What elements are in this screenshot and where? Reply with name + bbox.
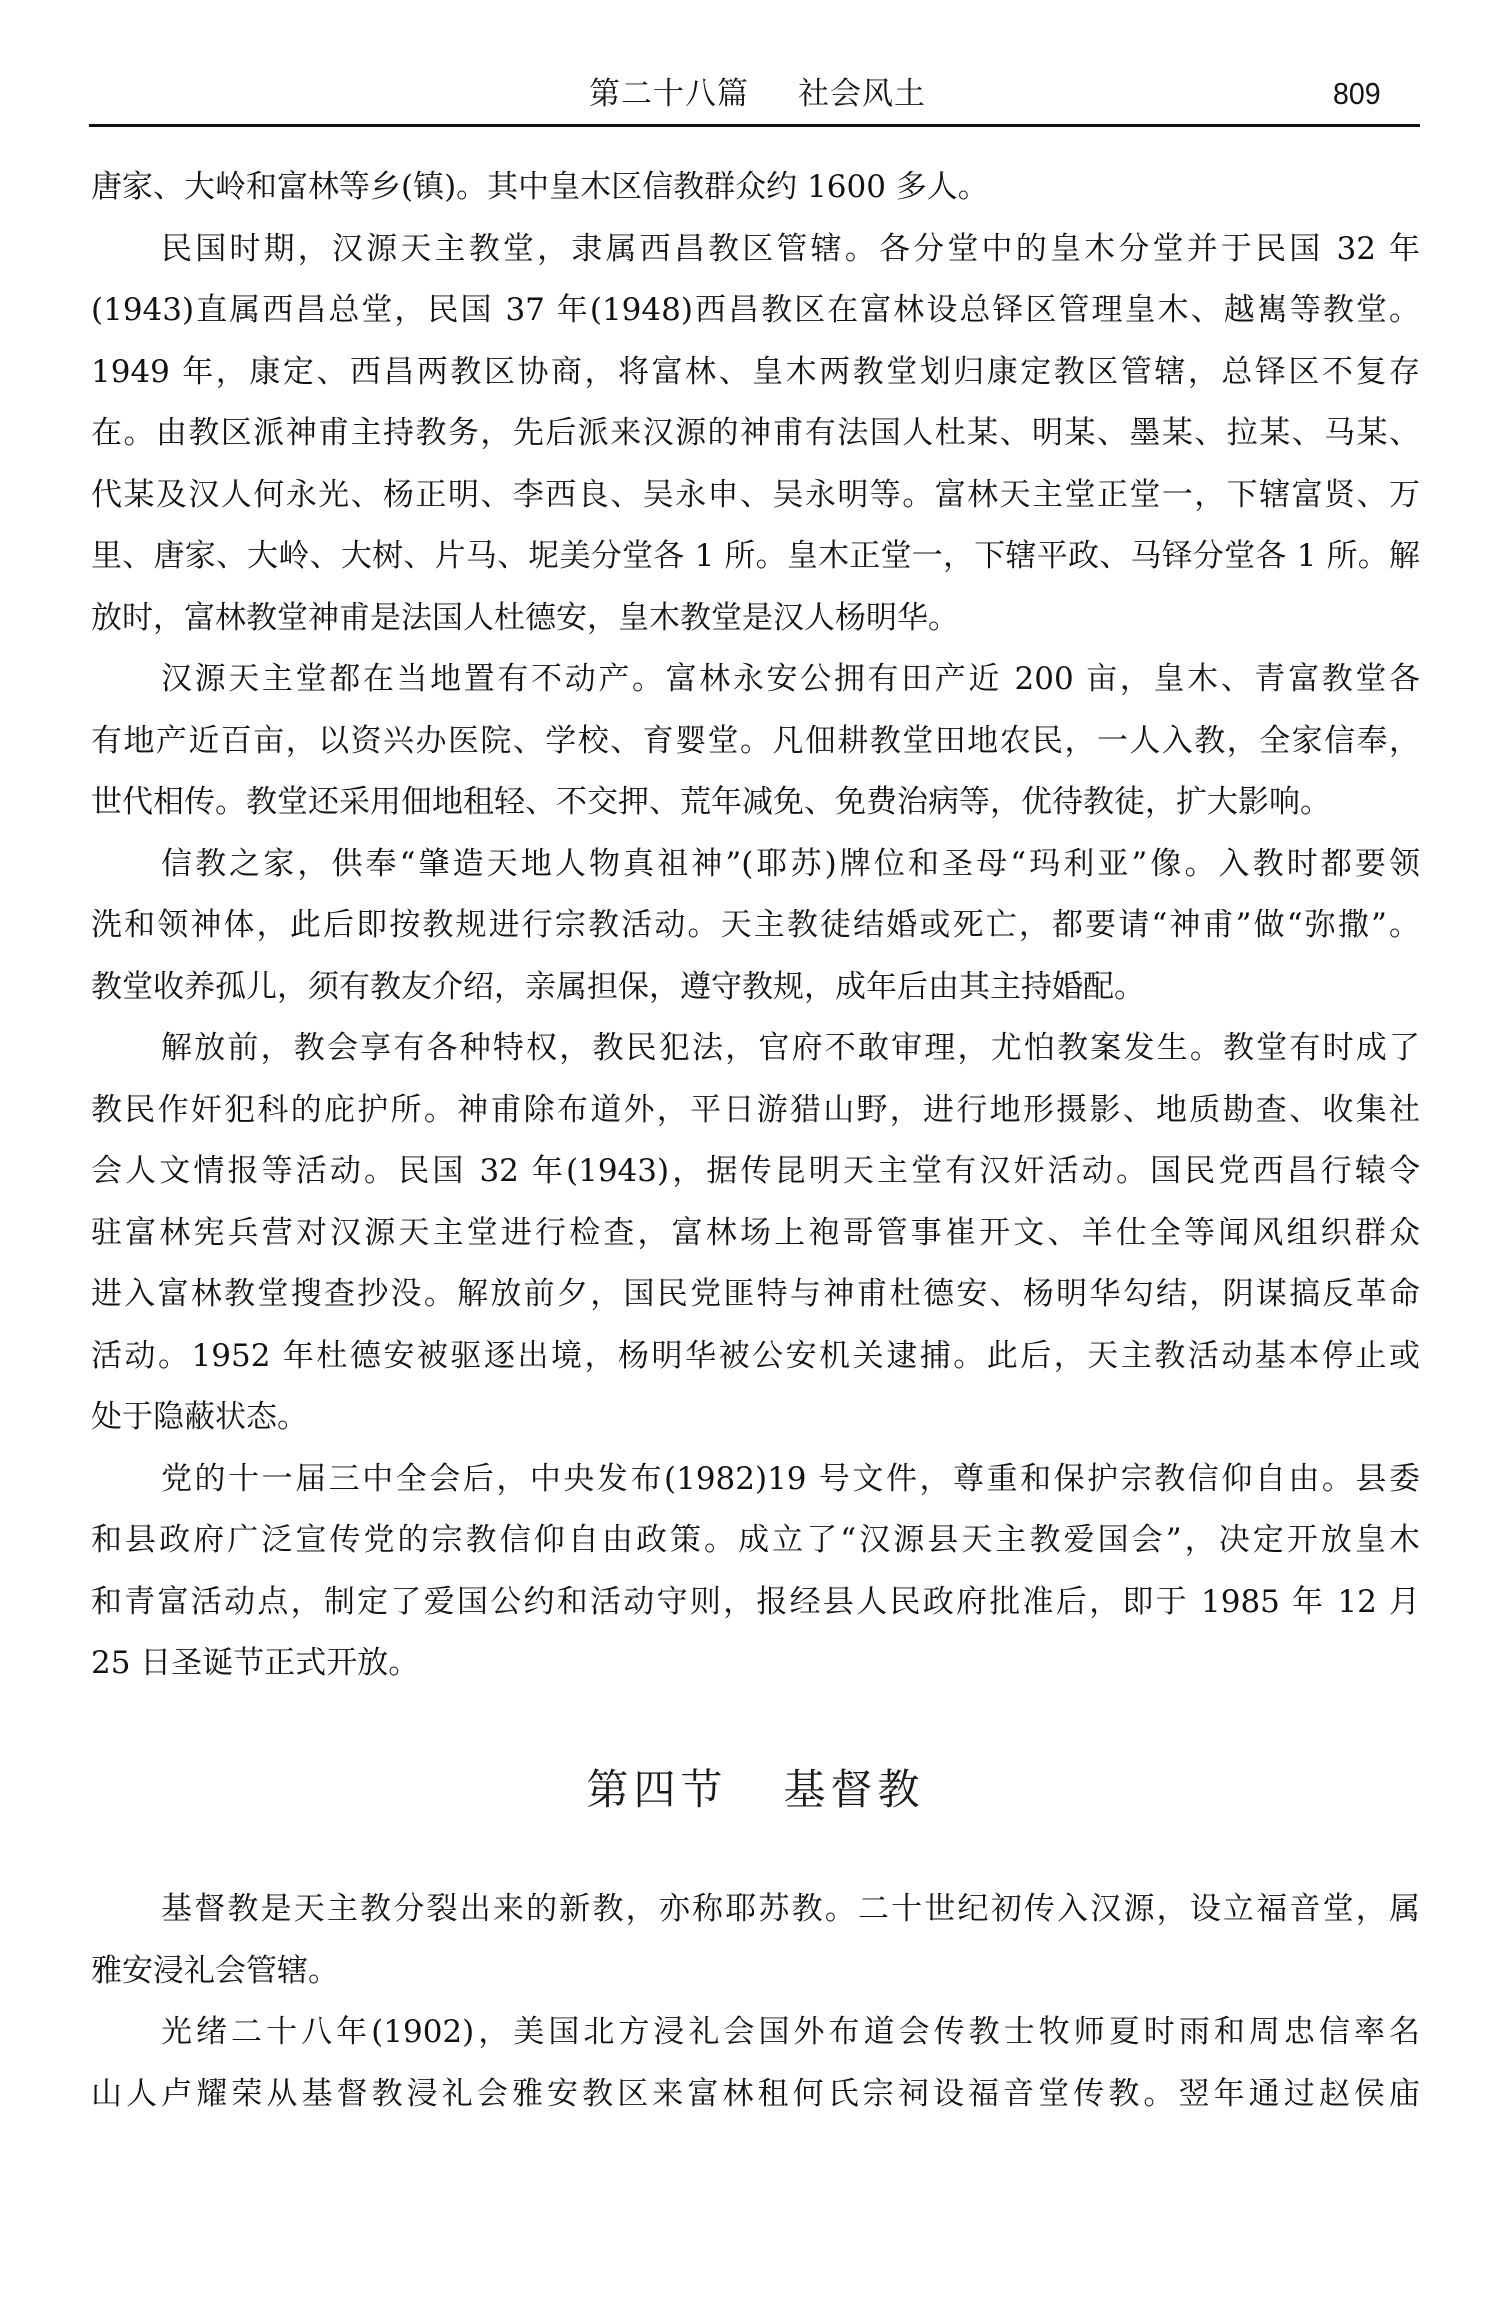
text-line: 教堂收养孤儿，须有教友介绍，亲属担保，遵守教规，成年后由其主持婚配。 <box>91 957 1420 1019</box>
text-line: 山人卢耀荣从基督教浸礼会雅安教区来富林租何氏宗祠设福音堂传教。翌年通过赵侯庙 <box>91 2064 1420 2126</box>
running-header-chapter: 第二十八篇 <box>589 74 749 114</box>
paragraph: 光绪二十八年(1902)，美国北方浸礼会国外布道会传教士牧师夏时雨和周忠信率名 … <box>91 2002 1420 2125</box>
text-line: 代某及汉人何永光、杨正明、李西良、吴永申、吴永明等。富林天主堂正堂一，下辖富贤、… <box>91 465 1420 527</box>
text-body: 唐家、大岭和富林等乡(镇)。其中皇木区信教群众约 1600 多人。 民国时期，汉… <box>91 157 1420 2125</box>
text-line: 1949 年，康定、西昌两教区协商，将富林、皇木两教堂划归康定教区管辖，总铎区不… <box>91 342 1420 404</box>
paragraph: 汉源天主堂都在当地置有不动产。富林永安公拥有田产近 200 亩，皇木、青富教堂各… <box>91 649 1420 834</box>
text-line: 汉源天主堂都在当地置有不动产。富林永安公拥有田产近 200 亩，皇木、青富教堂各 <box>91 649 1420 711</box>
paragraph: 信教之家，供奉“肇造天地人物真祖神”(耶苏)牌位和圣母“玛利亚”像。入教时都要领… <box>91 834 1420 1019</box>
paragraph: 基督教是天主教分裂出来的新教，亦称耶苏教。二十世纪初传入汉源，设立福音堂，属 雅… <box>91 1879 1420 2002</box>
text-line: 世代相传。教堂还采用佃地租轻、不交押、荒年减免、免费治病等，优待教徒，扩大影响。 <box>91 772 1420 834</box>
paragraph: 解放前，教会享有各种特权，教民犯法，官府不敢审理，尤怕教案发生。教堂有时成了 教… <box>91 1018 1420 1449</box>
section-title: 基督教 <box>784 1757 925 1817</box>
text-line: 处于隐蔽状态。 <box>91 1387 1420 1449</box>
text-line: 洗和领神体，此后即按教规进行宗教活动。天主教徒结婚或死亡，都要请“神甫”做“弥撒… <box>91 895 1420 957</box>
text-line: 教民作奸犯科的庇护所。神甫除布道外，平日游猎山野，进行地形摄影、地质勘查、收集社 <box>91 1080 1420 1142</box>
section-heading: 第四节 基督教 <box>91 1695 1420 1880</box>
text-line: 党的十一届三中全会后，中央发布(1982)19 号文件，尊重和保护宗教信仰自由。… <box>91 1449 1420 1511</box>
text-line: 会人文情报等活动。民国 32 年(1943)，据传昆明天主堂有汉奸活动。国民党西… <box>91 1141 1420 1203</box>
text-line: 活动。1952 年杜德安被驱逐出境，杨明华被公安机关逮捕。此后，天主教活动基本停… <box>91 1326 1420 1388</box>
paragraph: 民国时期，汉源天主教堂，隶属西昌教区管辖。各分堂中的皇木分堂并于民国 32 年 … <box>91 219 1420 650</box>
section-number: 第四节 <box>586 1757 727 1817</box>
text-line: 和青富活动点，制定了爱国公约和活动守则，报经县人民政府批准后，即于 1985 年… <box>91 1572 1420 1634</box>
text-line: 唐家、大岭和富林等乡(镇)。其中皇木区信教群众约 1600 多人。 <box>91 157 1420 219</box>
text-line: 25 日圣诞节正式开放。 <box>91 1633 1420 1695</box>
text-line: 进入富林教堂搜查抄没。解放前夕，国民党匪特与神甫杜德安、杨明华勾结，阴谋搞反革命 <box>91 1264 1420 1326</box>
text-line: 在。由教区派神甫主持教务，先后派来汉源的神甫有法国人杜某、明某、墨某、拉某、马某… <box>91 403 1420 465</box>
text-line: 雅安浸礼会管辖。 <box>91 1941 1420 2003</box>
text-line: 光绪二十八年(1902)，美国北方浸礼会国外布道会传教士牧师夏时雨和周忠信率名 <box>91 2002 1420 2064</box>
text-line: 和县政府广泛宣传党的宗教信仰自由政策。成立了“汉源县天主教爱国会”，决定开放皇木 <box>91 1510 1420 1572</box>
text-line: 有地产近百亩，以资兴办医院、学校、育婴堂。凡佃耕教堂田地农民，一人入教，全家信奉… <box>91 711 1420 773</box>
paragraph: 唐家、大岭和富林等乡(镇)。其中皇木区信教群众约 1600 多人。 <box>91 157 1420 219</box>
running-header-title: 社会风土 <box>798 74 926 114</box>
book-page: 第二十八篇 社会风土 809 唐家、大岭和富林等乡(镇)。其中皇木区信教群众约 … <box>0 0 1500 2308</box>
text-line: 解放前，教会享有各种特权，教民犯法，官府不敢审理，尤怕教案发生。教堂有时成了 <box>91 1018 1420 1080</box>
text-line: 里、唐家、大岭、大树、片马、坭美分堂各 1 所。皇木正堂一，下辖平政、马铎分堂各… <box>91 526 1420 588</box>
header-rule <box>89 124 1420 127</box>
page-number: 809 <box>1333 74 1381 114</box>
text-line: (1943)直属西昌总堂，民国 37 年(1948)西昌教区在富林设总铎区管理皇… <box>91 280 1420 342</box>
paragraph: 党的十一届三中全会后，中央发布(1982)19 号文件，尊重和保护宗教信仰自由。… <box>91 1449 1420 1695</box>
text-line: 信教之家，供奉“肇造天地人物真祖神”(耶苏)牌位和圣母“玛利亚”像。入教时都要领 <box>91 834 1420 896</box>
text-line: 基督教是天主教分裂出来的新教，亦称耶苏教。二十世纪初传入汉源，设立福音堂，属 <box>91 1879 1420 1941</box>
text-line: 民国时期，汉源天主教堂，隶属西昌教区管辖。各分堂中的皇木分堂并于民国 32 年 <box>91 219 1420 281</box>
text-line: 放时，富林教堂神甫是法国人杜德安，皇木教堂是汉人杨明华。 <box>91 588 1420 650</box>
text-line: 驻富林宪兵营对汉源天主堂进行检查，富林场上袍哥管事崔开文、羊仕全等闻风组织群众 <box>91 1203 1420 1265</box>
